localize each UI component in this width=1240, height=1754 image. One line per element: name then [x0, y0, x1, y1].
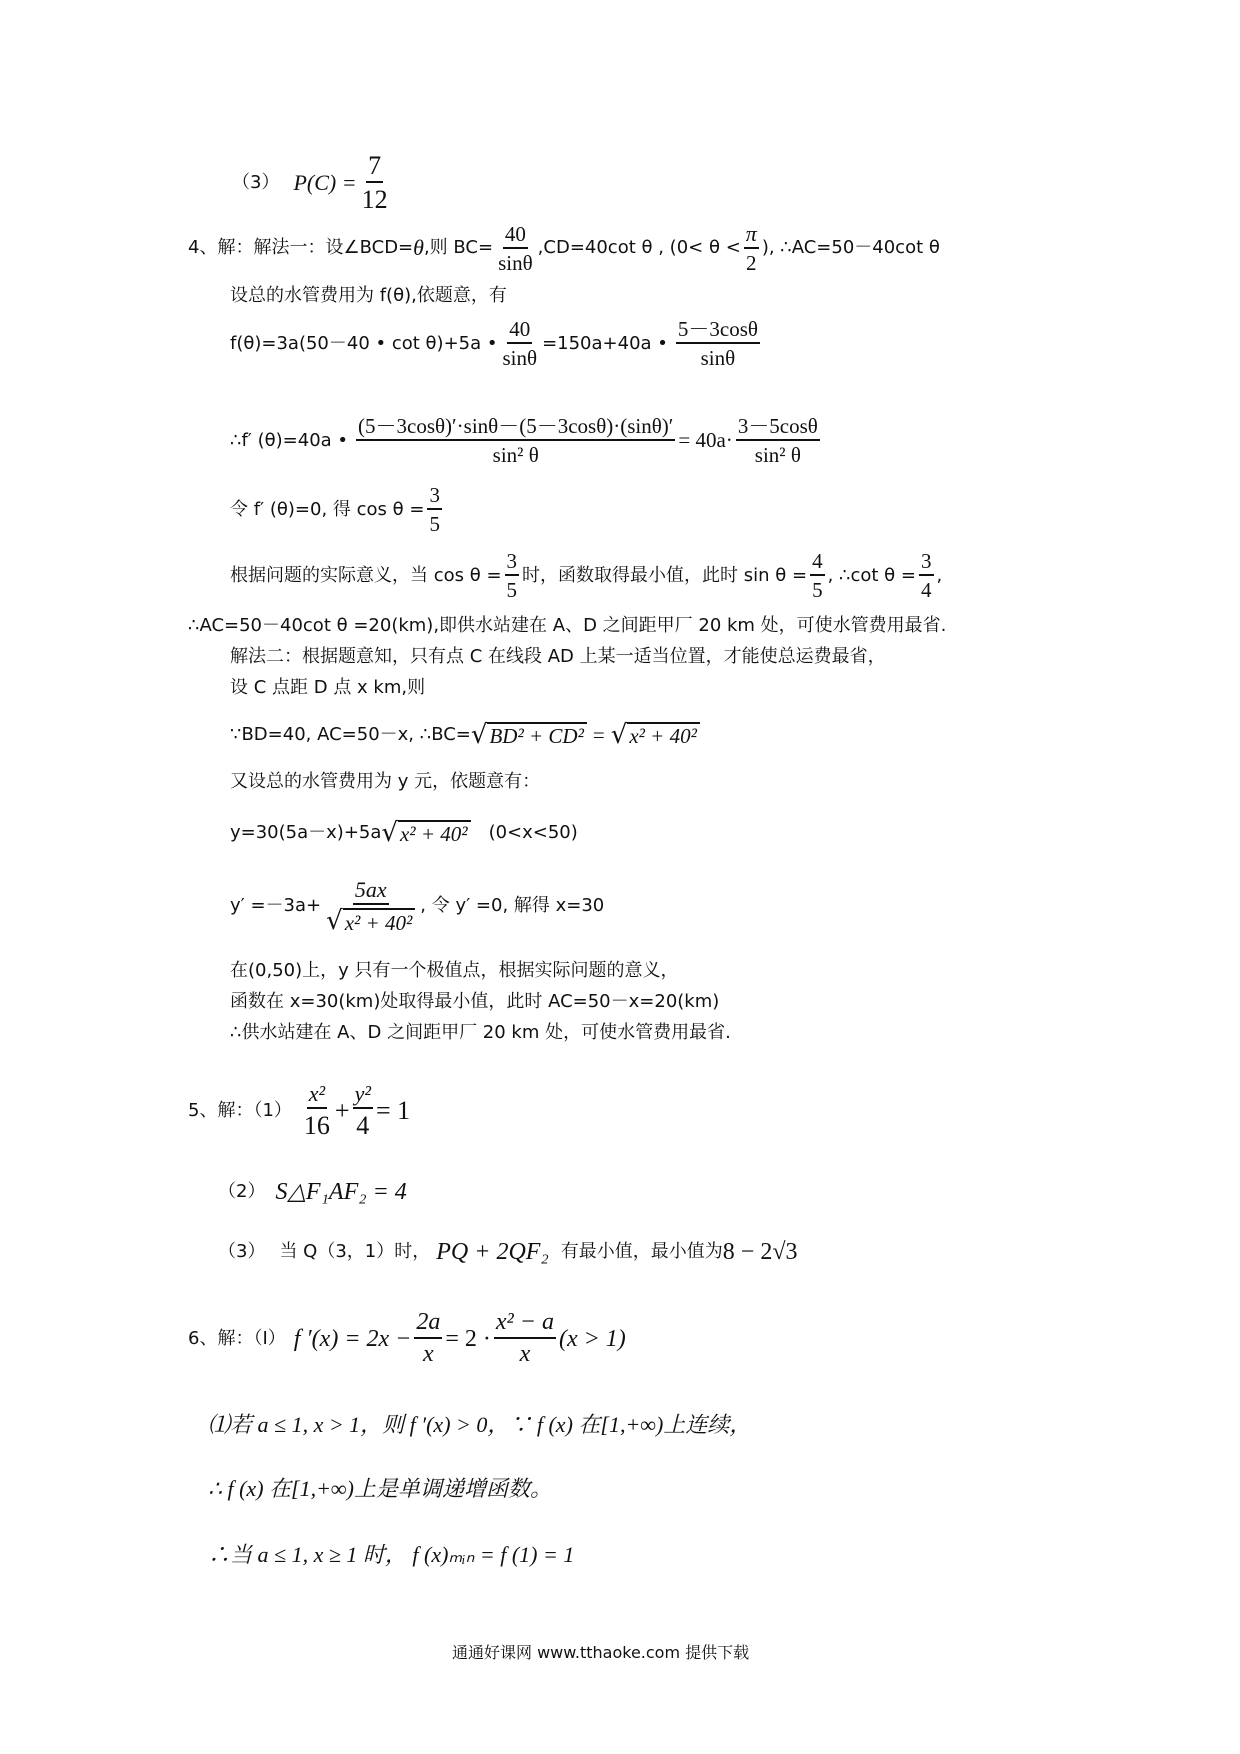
numerator: x²: [307, 1082, 327, 1109]
radical-icon: √: [381, 820, 398, 846]
fraction: y² 4: [353, 1082, 373, 1139]
text: ,则 BC=: [424, 239, 493, 257]
fraction: π 2: [744, 222, 759, 274]
text: ∵BD=40, AC=50－x, ∴BC=: [230, 726, 471, 744]
numerator: 40: [507, 318, 532, 344]
numerator: 2a: [414, 1310, 442, 1339]
q6-min: ∴当 a ≤ 1, x ≥ 1 时， f (x)ₘᵢₙ = f (1) = 1: [208, 1544, 574, 1566]
numerator: 3: [919, 550, 934, 576]
denominator: 4: [919, 576, 934, 601]
q5-part-1: 5、解：（1） x² 16 + y² 4 = 1: [188, 1082, 410, 1139]
denominator: √ x² + 40²: [324, 905, 417, 934]
plus: +: [335, 1098, 350, 1124]
fraction: 7 12: [360, 152, 390, 214]
q4-conclusion-1: ∴AC=50－40cot θ =20(km),即供水站建在 A、D 之间距甲厂 …: [188, 617, 946, 635]
part-label: （3）: [232, 174, 279, 192]
denominator: 5: [505, 576, 520, 601]
fraction: (5－3cosθ)′·sinθ－(5－3cosθ)·(sinθ)′ sin² θ: [356, 415, 675, 466]
square-root: √ BD² + CD²: [471, 722, 587, 748]
fraction: 2a x: [414, 1310, 442, 1367]
text: ⑴若 a ≤ 1, x > 1，则 f ′(x) > 0，∵ f (x) 在[1…: [208, 1414, 751, 1436]
denominator: sinθ: [500, 344, 539, 369]
text: 令 f′ (θ)=0, 得 cos θ =: [230, 501, 424, 519]
denominator: sinθ: [699, 344, 738, 369]
text: , 令 y′ =0, 解得 x=30: [420, 897, 604, 915]
expression: S△F₁AF₂ = 4: [275, 1180, 406, 1204]
numerator: 3－5cosθ: [736, 415, 820, 441]
text: ∴f′ (θ)=40a •: [230, 432, 348, 450]
q4-set-x: 设 C 点距 D 点 x km,则: [230, 679, 425, 697]
numerator: x² − a: [494, 1310, 556, 1339]
denominator: sin² θ: [753, 441, 803, 466]
theta-symbol: θ: [413, 237, 424, 259]
domain-range: (0<x<50): [489, 824, 578, 842]
denominator: x: [421, 1339, 436, 1367]
text: ), ∴AC=50－40cot θ: [762, 239, 940, 257]
text: f(θ)=3a(50－40 • cot θ)+5a •: [230, 335, 497, 353]
fraction: 40 sinθ: [500, 318, 539, 369]
radical-icon: √: [471, 722, 488, 748]
text: 5、解：（1）: [188, 1102, 292, 1120]
fraction: 40 sinθ: [496, 223, 535, 274]
text: 6、解：（Ⅰ）: [188, 1330, 286, 1348]
fraction: 3 5: [427, 484, 442, 535]
text: 时，函数取得最小值，此时 sin θ =: [522, 567, 807, 585]
q4-line-2: 设总的水管费用为 f(θ),依题意，有: [230, 287, 507, 305]
q4-conclusion-2: ∴供水站建在 A、D 之间距甲厂 20 km 处，可使水管费用最省.: [230, 1024, 731, 1042]
square-root: √ x² + 40²: [611, 722, 700, 748]
text: y=30(5a－x)+5a: [230, 824, 381, 842]
fraction: 5－3cosθ sinθ: [676, 318, 760, 369]
text: ,CD=40cot θ , (0< θ <: [538, 239, 741, 257]
numerator: (5－3cosθ)′·sinθ－(5－3cosθ)·(sinθ)′: [356, 415, 675, 441]
fraction: x² − a x: [494, 1310, 556, 1367]
text: 根据问题的实际意义，当 cos θ =: [230, 567, 502, 585]
numerator: 7: [366, 152, 383, 183]
q5-part-2: （2） S△F₁AF₂ = 4: [218, 1180, 407, 1204]
fraction: 3－5cosθ sin² θ: [736, 415, 820, 466]
denominator: 2: [744, 249, 759, 274]
numerator: 40: [503, 223, 528, 249]
q4-set-zero: 令 f′ (θ)=0, 得 cos θ = 3 5: [230, 484, 445, 535]
text: , ∴cot θ =: [828, 567, 916, 585]
equals: = 1: [376, 1098, 410, 1124]
answer-3-probability: （3） P(C) = 7 12: [232, 152, 393, 214]
q6-monotonic: ∴ f (x) 在[1,+∞)上是单调递增函数。: [208, 1478, 552, 1500]
text: ∴当 a ≤ 1, x ≥ 1 时， f (x)ₘᵢₙ = f (1) = 1: [208, 1544, 574, 1566]
numerator: 3: [427, 484, 442, 510]
text: 有最小值，最小值为: [561, 1243, 723, 1261]
radical-icon: √: [326, 908, 343, 934]
q4-derivative: ∴f′ (θ)=40a • (5－3cosθ)′·sinθ－(5－3cosθ)·…: [230, 415, 823, 466]
denominator: 12: [360, 183, 390, 213]
text: ,: [937, 567, 943, 585]
radicand: BD² + CD²: [487, 722, 586, 748]
fraction: 3 5: [505, 550, 520, 601]
expression: PQ + 2QF₂: [436, 1240, 549, 1264]
expression: P(C) =: [293, 172, 356, 194]
denominator: x: [518, 1339, 533, 1367]
denominator: 4: [354, 1109, 371, 1139]
numerator: 5－3cosθ: [676, 318, 760, 344]
numerator: π: [744, 222, 759, 249]
radicand: x² + 40²: [627, 722, 700, 748]
square-root: √ x² + 40²: [326, 908, 415, 934]
part-label: （2）: [218, 1183, 265, 1201]
q5-part-3: （3） 当 Q（3，1）时， PQ + 2QF₂ 有最小值，最小值为 8 − 2…: [218, 1240, 798, 1264]
numerator: y²: [353, 1082, 373, 1109]
radicand: x² + 40²: [343, 908, 416, 934]
fraction: 3 4: [919, 550, 934, 601]
numerator: 4: [810, 550, 825, 576]
fraction: 5ax √ x² + 40²: [324, 878, 417, 934]
q4-bc-length: ∵BD=40, AC=50－x, ∴BC= √ BD² + CD² = √ x²…: [230, 722, 700, 748]
q6-case-1: ⑴若 a ≤ 1, x > 1，则 f ′(x) > 0，∵ f (x) 在[1…: [208, 1414, 751, 1436]
text: = 2 ·: [445, 1327, 491, 1351]
denominator: sin² θ: [491, 441, 541, 466]
q4-meaning: 根据问题的实际意义，当 cos θ = 3 5 时，函数取得最小值，此时 sin…: [230, 550, 942, 601]
numerator: 3: [505, 550, 520, 576]
q4-method-2: 解法二：根据题意知，只有点 C 在线段 AD 上某一适当位置，才能使总运费最省，: [230, 648, 886, 666]
denominator: 16: [302, 1109, 332, 1139]
denominator: 5: [810, 576, 825, 601]
text: ∴ f (x) 在[1,+∞)上是单调递增函数。: [208, 1478, 552, 1500]
footer-watermark: 通通好课网 www.tthaoke.com 提供下载: [452, 1640, 749, 1663]
fraction: 4 5: [810, 550, 825, 601]
text: 4、解：解法一：设∠BCD=: [188, 239, 413, 257]
text: y′ =－3a+: [230, 897, 321, 915]
radical-icon: √: [611, 722, 628, 748]
q4-min-value: 函数在 x=30(km)处取得最小值，此时 AC=50－x=20(km): [230, 993, 719, 1011]
equals: =: [593, 725, 605, 746]
text: =150a+40a •: [542, 335, 668, 353]
q4-y-function: y=30(5a－x)+5a √ x² + 40² (0<x<50): [230, 820, 578, 846]
square-root: √ x² + 40²: [381, 820, 470, 846]
part-label: （3）: [218, 1243, 265, 1261]
condition: (x > 1): [559, 1327, 626, 1351]
q4-y-derivative: y′ =－3a+ 5ax √ x² + 40² , 令 y′ =0, 解得 x=…: [230, 878, 604, 934]
numerator: 5ax: [353, 878, 389, 905]
q6-derivative: 6、解：（Ⅰ） f ′(x) = 2x − 2a x = 2 · x² − a …: [188, 1310, 626, 1367]
fraction: x² 16: [302, 1082, 332, 1139]
radicand: x² + 40²: [398, 820, 471, 846]
q4-extreme: 在(0,50)上，y 只有一个极值点，根据实际问题的意义，: [230, 962, 679, 980]
expression: f ′(x) = 2x −: [294, 1327, 412, 1351]
text: = 40a·: [678, 430, 732, 451]
q4-y-cost: 又设总的水管费用为 y 元，依题意有：: [230, 773, 540, 791]
min-value: 8 − 2√3: [723, 1240, 798, 1264]
denominator: sinθ: [496, 249, 535, 274]
q4-cost-function: f(θ)=3a(50－40 • cot θ)+5a • 40 sinθ =150…: [230, 318, 763, 369]
text: 当 Q（3，1）时，: [279, 1243, 430, 1261]
q4-line-1: 4、解：解法一：设∠BCD= θ ,则 BC= 40 sinθ ,CD=40co…: [188, 222, 940, 274]
denominator: 5: [427, 510, 442, 535]
